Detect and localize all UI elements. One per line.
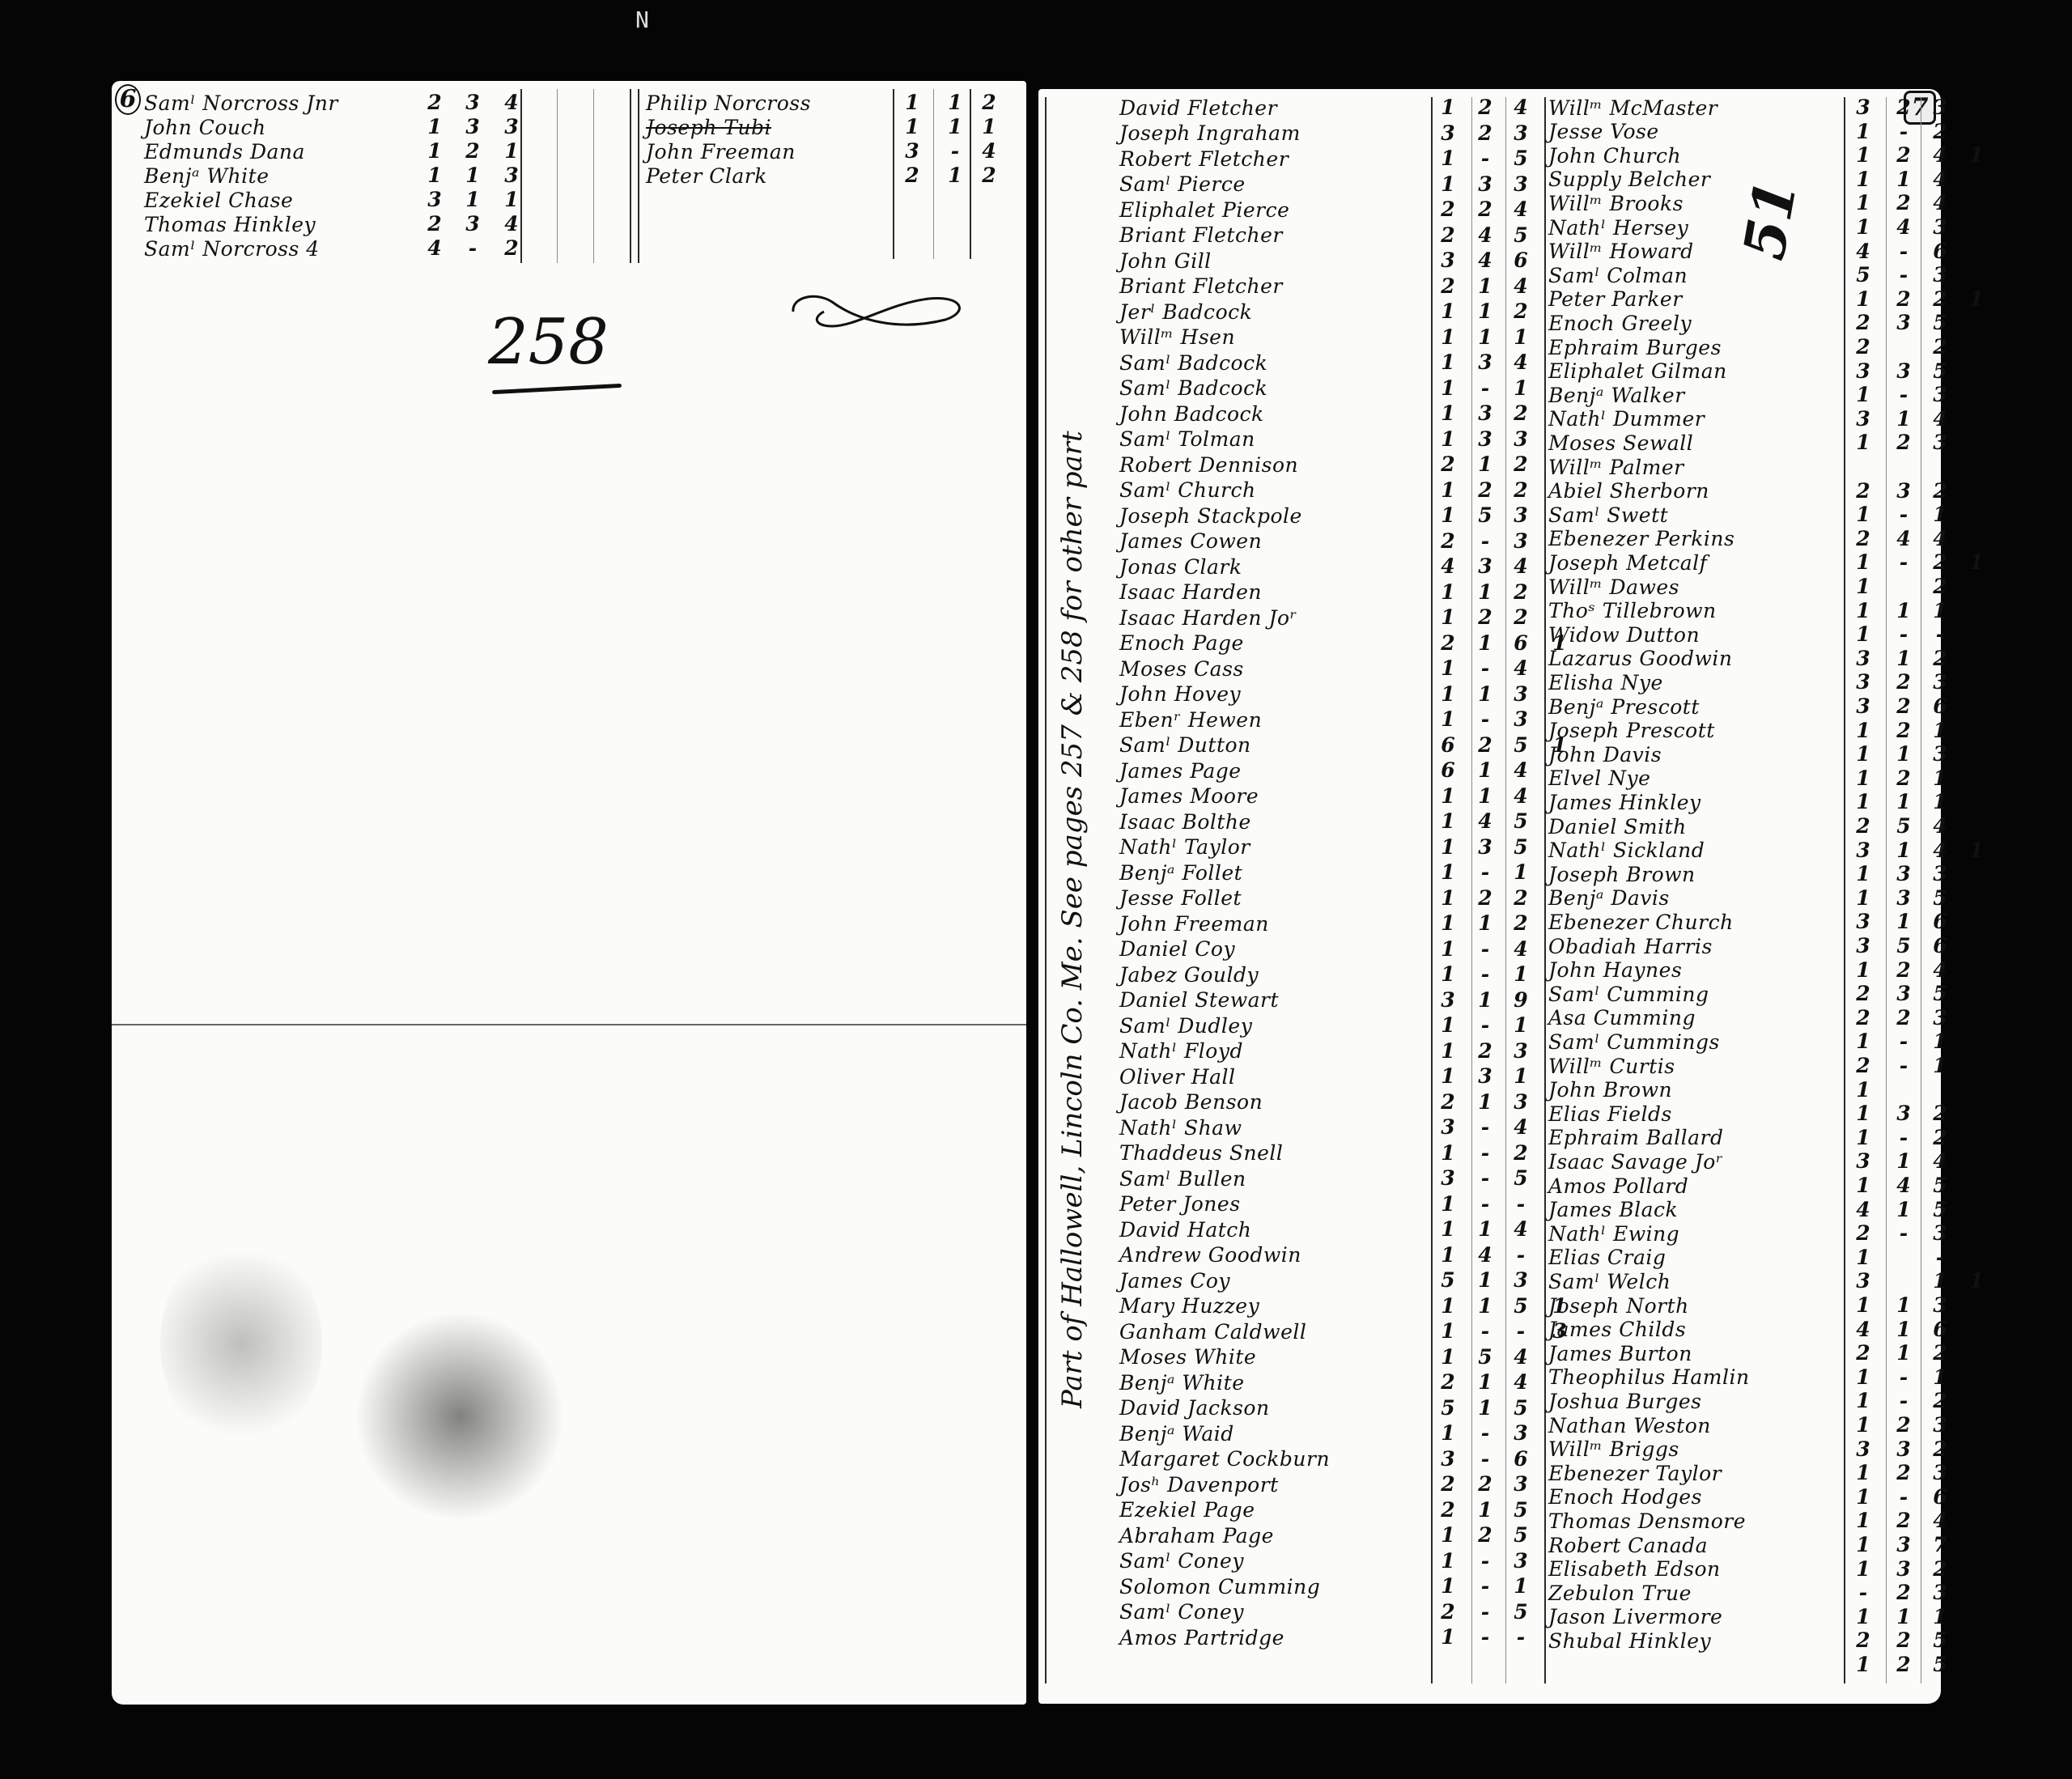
count-c3: 5 xyxy=(1509,733,1532,757)
count-c2: 3 xyxy=(1892,1533,1915,1556)
count-c3: 4 xyxy=(1929,1509,1951,1532)
count-c2: 2 xyxy=(1892,958,1915,982)
count-c2: 2 xyxy=(1892,96,1915,119)
count-c1: 3 xyxy=(1437,1166,1459,1190)
count-c1: 1 xyxy=(1437,1192,1459,1216)
count-c3: 6 xyxy=(1509,1447,1532,1471)
count-c1: 1 xyxy=(1437,503,1459,527)
head-of-household-name: Jabez Gouldy xyxy=(1119,963,1259,987)
count-c1: 2 xyxy=(1437,1090,1459,1114)
household-row: Robert Fletcher1-5 xyxy=(1119,146,1540,171)
head-of-household-name: Ebenʳ Hewen xyxy=(1119,708,1262,732)
household-row: Willᵐ Dawes12 xyxy=(1548,575,1937,599)
count-c3: 5 xyxy=(1929,1198,1951,1221)
count-c2: 4 xyxy=(1474,809,1497,833)
household-row: Shubal Hinkley225 xyxy=(1548,1628,1937,1653)
household-row: Ezekiel Chase311 xyxy=(144,188,662,212)
head-of-household-name: Robert Canada xyxy=(1548,1534,1708,1557)
household-row: Eliphalet Pierce224 xyxy=(1119,197,1540,222)
head-of-household-name: Eliphalet Pierce xyxy=(1119,198,1289,222)
head-of-household-name: Samˡ Swett xyxy=(1548,503,1668,527)
count-c2: - xyxy=(1474,376,1497,400)
household-row: James Page614 xyxy=(1119,758,1540,783)
count-c1: 1 xyxy=(1852,550,1875,574)
head-of-household-name: John Hovey xyxy=(1119,682,1241,706)
head-of-household-name: Andrew Goodwin xyxy=(1119,1243,1301,1267)
count-c3: 2 xyxy=(1929,120,1951,143)
head-of-household-name: Joseph Metcalf xyxy=(1548,551,1707,575)
head-of-household-name: Samˡ Badcock xyxy=(1119,376,1267,400)
count-c2: 2 xyxy=(1474,1523,1497,1547)
head-of-household-name: Joseph Prescott xyxy=(1548,719,1715,742)
household-row: James Cowen2-3 xyxy=(1119,529,1540,554)
household-row: Joseph Tubi111 xyxy=(646,115,1002,139)
count-c1: 1 xyxy=(1852,790,1875,813)
count-c1: 1 xyxy=(1437,580,1459,604)
head-of-household-name: Samˡ Coney xyxy=(1119,1600,1244,1624)
count-c3: 1 xyxy=(1929,719,1951,742)
count-c1: 1 xyxy=(1852,1461,1875,1484)
count-c2: - xyxy=(1892,1054,1915,1077)
count-c3: 5 xyxy=(1509,835,1532,859)
count-c3: 3 xyxy=(1929,431,1951,454)
count-c1: 2 xyxy=(423,91,446,114)
count-c1: 1 xyxy=(1437,1625,1459,1649)
count-c2: 3 xyxy=(1474,554,1497,578)
head-of-household-name: Nathˡ Ewing xyxy=(1548,1222,1679,1246)
household-row: Daniel Coy1-4 xyxy=(1119,937,1540,962)
count-c3: 3 xyxy=(1509,121,1532,145)
count-c3: 5 xyxy=(1509,1396,1532,1420)
count-c2: 2 xyxy=(1892,287,1915,311)
count-c1: 1 xyxy=(1852,1078,1875,1102)
household-row: David Hatch114 xyxy=(1119,1217,1540,1242)
count-c3: 3 xyxy=(1929,96,1951,119)
count-c1: 1 xyxy=(423,139,446,163)
count-c2: 1 xyxy=(1892,742,1915,766)
count-c1: 2 xyxy=(1437,197,1459,221)
count-c2: 1 xyxy=(1474,988,1497,1012)
count-c1: 1 xyxy=(1852,431,1875,454)
household-row: Jesse Vose1-2 xyxy=(1548,120,1937,144)
count-c1: 1 xyxy=(1852,1102,1875,1125)
count-c1: 2 xyxy=(1437,1600,1459,1624)
head-of-household-name: Eliphalet Gilman xyxy=(1548,359,1727,383)
count-c2: 1 xyxy=(1474,580,1497,604)
head-of-household-name: Mary Huzzey xyxy=(1119,1294,1259,1318)
count-c1: 1 xyxy=(1852,503,1875,526)
count-c1: 2 xyxy=(1852,814,1875,838)
household-row: Solomon Cumming1-1 xyxy=(1119,1574,1540,1599)
count-c3: 6 xyxy=(1929,934,1951,957)
count-c2: - xyxy=(461,236,484,260)
head-of-household-name: Moses Cass xyxy=(1119,657,1244,681)
count-c3: 2 xyxy=(1509,401,1532,425)
right-page: 7 David Fletcher124Joseph Ingraham323Rob… xyxy=(1038,89,1941,1704)
count-c3: 2 xyxy=(1929,1102,1951,1125)
count-c1: 1 xyxy=(1437,1421,1459,1445)
count-c3: 2 xyxy=(1929,479,1951,503)
head-of-household-name: Joseph Tubi xyxy=(646,116,771,139)
count-c1: 6 xyxy=(1437,733,1459,757)
household-row: Elias Craig1- xyxy=(1548,1246,1937,1270)
count-c1: 3 xyxy=(1852,910,1875,933)
head-of-household-name: John Freeman xyxy=(646,140,796,163)
count-c1: 3 xyxy=(1852,96,1875,119)
count-c2: 2 xyxy=(461,139,484,163)
household-row: Joshua Burges1-2 xyxy=(1548,1389,1937,1413)
household-row: John Davis113 xyxy=(1548,742,1937,766)
head-of-household-name: John Church xyxy=(1548,144,1681,168)
count-c3: 3 xyxy=(1929,1221,1951,1245)
count-c2: 2 xyxy=(1892,1461,1915,1484)
count-c1: 3 xyxy=(1437,1115,1459,1139)
household-row: Moses Sewall123 xyxy=(1548,431,1937,455)
count-c3: 5 xyxy=(1929,1174,1951,1197)
head-of-household-name: John Badcock xyxy=(1119,402,1264,426)
count-c3: 3 xyxy=(1509,1039,1532,1063)
household-row: Willᵐ McMaster323 xyxy=(1548,96,1937,120)
head-of-household-name: Willᵐ Curtis xyxy=(1548,1055,1675,1078)
count-c2: 2 xyxy=(1892,1628,1915,1652)
count-c3: 4 xyxy=(1509,758,1532,782)
household-row: Robert Canada137 xyxy=(1548,1533,1937,1557)
count-c2: - xyxy=(1474,1115,1497,1139)
count-c1: 1 xyxy=(1852,862,1875,885)
count-c1: 2 xyxy=(1852,982,1875,1005)
count-c2: 1 xyxy=(1892,910,1915,933)
count-c3: 4 xyxy=(1929,527,1951,550)
household-row: John Couch133 xyxy=(144,115,662,139)
head-of-household-name: Joseph Stackpole xyxy=(1119,504,1302,528)
count-c1: 1 xyxy=(1852,1174,1875,1197)
count-c2: - xyxy=(1892,1389,1915,1412)
count-c1: 1 xyxy=(1437,172,1459,196)
household-row: Thaddeus Snell1-2 xyxy=(1119,1141,1540,1165)
head-of-household-name: Abiel Sherborn xyxy=(1548,479,1709,503)
household-row: John Brown1 xyxy=(1548,1078,1937,1102)
household-row: Ebenezer Church316 xyxy=(1548,910,1937,934)
count-c3: 2 xyxy=(1929,287,1951,311)
head-of-household-name: Nathan Weston xyxy=(1548,1414,1711,1437)
head-of-household-name: James Childs xyxy=(1548,1318,1686,1341)
count-c3: 5 xyxy=(1509,1498,1532,1522)
head-of-household-name: Elias Fields xyxy=(1548,1102,1672,1126)
count-c1: 1 xyxy=(1437,1523,1459,1547)
count-c2: - xyxy=(1474,1013,1497,1037)
count-c3: 1 xyxy=(1929,766,1951,790)
count-c3: 2 xyxy=(1929,1126,1951,1149)
count-c2: 4 xyxy=(1474,223,1497,247)
head-of-household-name: Amos Pollard xyxy=(1548,1174,1688,1198)
household-row: David Fletcher124 xyxy=(1119,96,1540,120)
count-c2: 1 xyxy=(1474,452,1497,476)
household-row: Elisha Nye323 xyxy=(1548,670,1937,694)
count-c3: 5 xyxy=(1929,311,1951,334)
count-c1: 1 xyxy=(1852,766,1875,790)
count-c3: 5 xyxy=(1929,1628,1951,1652)
head-of-household-name: Samˡ Norcross Jnr xyxy=(144,91,338,115)
head-of-household-name: Ebenezer Church xyxy=(1548,911,1734,934)
count-c1: 1 xyxy=(1437,325,1459,349)
household-row: Nathˡ Ewing2-3 xyxy=(1548,1221,1937,1246)
count-c1: 3 xyxy=(1852,670,1875,694)
count-c3: 4 xyxy=(1509,937,1532,961)
household-row: Benjᵃ Walker1-3 xyxy=(1548,383,1937,407)
count-c3: 4 xyxy=(1929,407,1951,431)
head-of-household-name: Josʰ Davenport xyxy=(1119,1473,1279,1497)
count-c3: 2 xyxy=(1509,911,1532,935)
head-of-household-name: Nathˡ Dummer xyxy=(1548,407,1705,431)
count-c1: 3 xyxy=(1852,359,1875,383)
head-of-household-name: Obadiah Harris xyxy=(1548,935,1713,958)
count-c3: 6 xyxy=(1929,240,1951,263)
household-row: Joseph Metcalf1-21 xyxy=(1548,550,1937,575)
household-row: Nathˡ Floyd123 xyxy=(1119,1039,1540,1064)
household-row: Samˡ Cumming235 xyxy=(1548,982,1937,1006)
count-c1: 1 xyxy=(1437,350,1459,374)
household-row: Benjᵃ Prescott326 xyxy=(1548,694,1937,719)
flourish-ornament xyxy=(783,287,978,336)
count-c2: - xyxy=(1474,1600,1497,1624)
head-of-household-name: Ezekiel Page xyxy=(1119,1498,1255,1522)
count-c2: 3 xyxy=(1892,862,1915,885)
count-c1: 1 xyxy=(1437,1574,1459,1598)
count-c1: 3 xyxy=(1852,694,1875,718)
count-c3: 1 xyxy=(1509,860,1532,884)
household-row: Moses White154 xyxy=(1119,1345,1540,1369)
count-c2: 1 xyxy=(1892,790,1915,813)
head-of-household-name: Thomas Densmore xyxy=(1548,1509,1746,1533)
count-c2: 2 xyxy=(1474,733,1497,757)
count-c2: 1 xyxy=(1892,407,1915,431)
head-of-household-name: Theophilus Hamlin xyxy=(1548,1365,1750,1389)
count-c1: 1 xyxy=(1852,575,1875,598)
head-of-household-name: Samˡ Pierce xyxy=(1119,172,1246,196)
count-c1: 2 xyxy=(1437,1370,1459,1394)
head-of-household-name: Elisabeth Edson xyxy=(1548,1557,1721,1581)
household-row: Obadiah Harris356 xyxy=(1548,934,1937,958)
household-row: Samˡ Coney1-3 xyxy=(1119,1549,1540,1573)
household-row: Samˡ Colman5-3 xyxy=(1548,263,1937,287)
household-row: Elisabeth Edson132 xyxy=(1548,1557,1937,1582)
count-c3: 5 xyxy=(1929,886,1951,910)
page-number-left: 6 xyxy=(115,84,141,115)
count-c2: 1 xyxy=(1474,631,1497,655)
count-c1: 1 xyxy=(1852,1030,1875,1053)
head-of-household-name: Briant Fletcher xyxy=(1119,223,1283,247)
count-c3: 4 xyxy=(1929,814,1951,838)
count-c3: 3 xyxy=(1509,1268,1532,1292)
head-of-household-name: Solomon Cumming xyxy=(1119,1575,1320,1599)
count-c3: 1 xyxy=(978,115,1000,138)
count-c3: - xyxy=(1929,1246,1951,1269)
count-c3: 4 xyxy=(1929,1149,1951,1173)
count-c3: 4 xyxy=(1509,656,1532,680)
household-row: Enoch Hodges1-6 xyxy=(1548,1485,1937,1509)
count-c3: 2 xyxy=(1509,886,1532,910)
head-of-household-name: Samˡ Dutton xyxy=(1119,733,1251,757)
count-c3: 1 xyxy=(1509,1013,1532,1037)
head-of-household-name: Jason Livermore xyxy=(1548,1605,1722,1628)
head-of-household-name: Samˡ Coney xyxy=(1119,1549,1244,1573)
count-c1: 1 xyxy=(901,91,923,114)
household-row: James Coy513 xyxy=(1119,1268,1540,1293)
count-c3: 3 xyxy=(1509,1090,1532,1114)
count-c3: 4 xyxy=(1509,554,1532,578)
head-of-household-name: Benjᵃ Walker xyxy=(1548,384,1685,407)
count-c3: 5 xyxy=(1509,1166,1532,1190)
household-row: Samˡ Dutton6251 xyxy=(1119,733,1540,758)
count-c3: 2 xyxy=(1929,1557,1951,1581)
count-c1: 2 xyxy=(1852,527,1875,550)
count-c1: 2 xyxy=(1852,311,1875,334)
count-c1: 4 xyxy=(1852,1198,1875,1221)
head-of-household-name: Samˡ Tolman xyxy=(1119,427,1255,451)
household-row: Jason Livermore111 xyxy=(1548,1605,1937,1629)
household-row: Samˡ Badcock134 xyxy=(1119,350,1540,375)
count-c1: 1 xyxy=(1437,401,1459,425)
count-c3: 9 xyxy=(1509,988,1532,1012)
count-c3: 3 xyxy=(1509,1421,1532,1445)
count-c1: 2 xyxy=(1437,452,1459,476)
count-c3: 3 xyxy=(500,163,523,187)
count-c3: 2 xyxy=(978,163,1000,187)
count-c2: 3 xyxy=(1892,1102,1915,1125)
count-c1: 3 xyxy=(901,139,923,163)
count-c3: 3 xyxy=(1509,427,1532,451)
count-c2: - xyxy=(1474,962,1497,986)
count-c2: 1 xyxy=(1474,1268,1497,1292)
count-c2: 3 xyxy=(461,115,484,138)
count-c1: 1 xyxy=(1852,1485,1875,1509)
count-c3: 2 xyxy=(1509,605,1532,629)
head-of-household-name: Asa Cumming xyxy=(1548,1006,1696,1030)
page-margin-rule xyxy=(1045,97,1047,1683)
count-c2: 4 xyxy=(1474,1243,1497,1267)
count-c3: 3 xyxy=(1509,1549,1532,1573)
household-row: James Moore114 xyxy=(1119,784,1540,809)
household-row: Nathˡ Sickland3141 xyxy=(1548,839,1937,863)
count-c2: 4 xyxy=(1474,248,1497,272)
count-c3: 3 xyxy=(500,115,523,138)
head-of-household-name: Samˡ Colman xyxy=(1548,264,1688,287)
head-of-household-name: Enoch Page xyxy=(1119,631,1244,655)
count-c2: 2 xyxy=(1892,766,1915,790)
ink-bleed xyxy=(355,1311,565,1522)
household-row: Samˡ Tolman133 xyxy=(1119,427,1540,452)
household-row: Ezekiel Page215 xyxy=(1119,1498,1540,1522)
count-c4: 1 xyxy=(1965,287,1988,311)
count-c2: 2 xyxy=(1474,1039,1497,1063)
count-c1: 2 xyxy=(1852,1341,1875,1365)
count-c1: 1 xyxy=(1437,1217,1459,1241)
count-c1: 1 xyxy=(1437,962,1459,986)
head-of-household-name: Shubal Hinkley xyxy=(1548,1629,1711,1653)
count-c1: 1 xyxy=(1852,120,1875,143)
head-of-household-name: Willᵐ Briggs xyxy=(1548,1437,1679,1461)
count-c1: 1 xyxy=(1437,860,1459,884)
count-c2: - xyxy=(1474,1166,1497,1190)
count-c1: 2 xyxy=(1437,529,1459,553)
household-row: Willᵐ Hsen111 xyxy=(1119,325,1540,350)
count-c3: 6 xyxy=(1929,694,1951,718)
count-c1: 3 xyxy=(1852,1437,1875,1461)
count-c1: 1 xyxy=(1852,143,1875,167)
head-of-household-name: Peter Parker xyxy=(1548,287,1683,311)
count-c3: 1 xyxy=(1929,1605,1951,1628)
household-row: Joseph Stackpole153 xyxy=(1119,503,1540,528)
count-c3: 2 xyxy=(1509,452,1532,476)
count-c1: 1 xyxy=(1437,1064,1459,1088)
count-c3: 5 xyxy=(1929,1653,1951,1676)
head-of-household-name: James Cowen xyxy=(1119,529,1262,553)
count-c2: 1 xyxy=(1892,1149,1915,1173)
count-c2: 3 xyxy=(1474,1064,1497,1088)
count-c2: 1 xyxy=(1474,1090,1497,1114)
head-of-household-name: Willᵐ Howard xyxy=(1548,240,1694,263)
count-c2: - xyxy=(1892,550,1915,574)
count-c3: 1 xyxy=(1929,503,1951,526)
count-c1: 2 xyxy=(1437,274,1459,298)
count-c1: 2 xyxy=(1852,1628,1875,1652)
count-c2: - xyxy=(1474,1549,1497,1573)
count-c3: 3 xyxy=(1509,1472,1532,1496)
head-of-household-name: Willᵐ Dawes xyxy=(1548,575,1679,599)
head-of-household-name: John Brown xyxy=(1548,1078,1672,1102)
count-c3: 3 xyxy=(1929,1006,1951,1030)
count-c2: 3 xyxy=(461,212,484,236)
household-row: Peter Clark212 xyxy=(646,163,1002,188)
head-of-household-name: James Black xyxy=(1548,1198,1678,1221)
household-row: Widow Dutton1-- xyxy=(1548,622,1937,647)
count-c2: 5 xyxy=(1892,814,1915,838)
household-row: Willᵐ Curtis2-1 xyxy=(1548,1054,1937,1078)
household-row: Samˡ Coney2-5 xyxy=(1119,1600,1540,1624)
count-c3: 6 xyxy=(1509,631,1532,655)
tally-number: 258 xyxy=(488,306,609,379)
household-row: James Burton212 xyxy=(1548,1341,1937,1365)
head-of-household-name: Robert Fletcher xyxy=(1119,147,1289,171)
count-c2: 3 xyxy=(1892,886,1915,910)
count-c2: 2 xyxy=(1474,96,1497,119)
count-c2: 3 xyxy=(461,91,484,114)
count-c3: 2 xyxy=(978,91,1000,114)
count-c1: 2 xyxy=(1852,1221,1875,1245)
count-c1: 1 xyxy=(1437,784,1459,808)
head-of-household-name: Philip Norcross xyxy=(646,91,811,115)
household-row: Amos Partridge1-- xyxy=(1119,1625,1540,1650)
count-c3: 1 xyxy=(1509,1064,1532,1088)
household-row: Jonas Clark434 xyxy=(1119,554,1540,579)
count-c3: 1 xyxy=(1509,1574,1532,1598)
count-c3: 4 xyxy=(1929,168,1951,191)
household-row: Ebenʳ Hewen1-3 xyxy=(1119,707,1540,732)
film-frame-mark: N xyxy=(635,6,649,33)
count-c3: 4 xyxy=(1929,958,1951,982)
head-of-household-name: Willᵐ McMaster xyxy=(1548,96,1717,120)
count-c3: 4 xyxy=(1509,1115,1532,1139)
household-row: Oliver Hall131 xyxy=(1119,1064,1540,1089)
count-c4: 1 xyxy=(1965,1269,1988,1293)
count-c2: - xyxy=(1892,622,1915,646)
household-row: Jesse Follet122 xyxy=(1119,886,1540,911)
count-c1: 1 xyxy=(1437,1039,1459,1063)
count-c1: 1 xyxy=(1437,1141,1459,1165)
count-c2: 1 xyxy=(1474,1294,1497,1318)
household-row: Joseph Prescott121 xyxy=(1548,719,1937,743)
household-row: Isaac Harden112 xyxy=(1119,580,1540,605)
